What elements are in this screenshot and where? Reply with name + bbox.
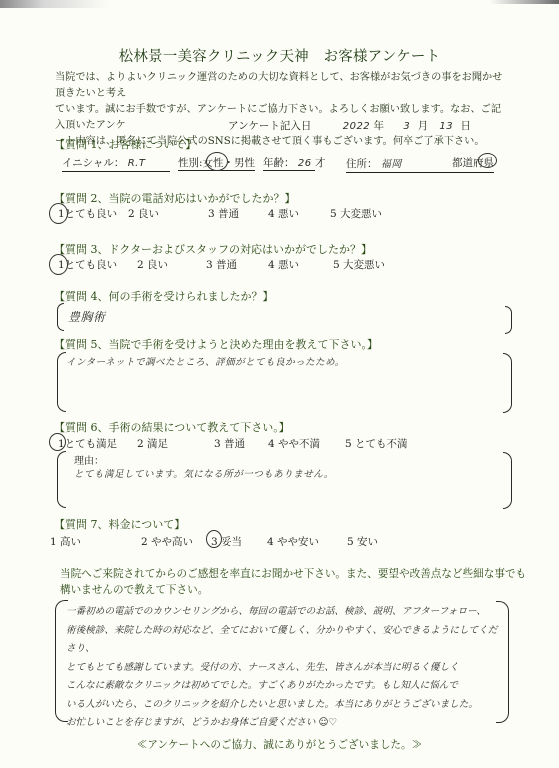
q7-heading: 【質問 7、料金について】: [54, 516, 185, 532]
intro-line: 当院では、よりよいクリニック運営のための大切な資料として、お客様がお気づきの事を…: [55, 70, 510, 102]
q6-heading: 【質問 6、手術の結果について教えて下さい。】: [54, 419, 290, 435]
q1-heading: 【質問 1、お客様について】: [54, 136, 196, 152]
selection-circle: [478, 153, 497, 168]
page-title: 松林景一美容クリニック天神 お客様アンケート: [0, 45, 559, 66]
comments-answer[interactable]: 一番初めの電話でのカウンセリングから、毎回の電話でのお話、検診、説明、アフターフ…: [66, 603, 498, 733]
q2-heading: 【質問 2、当院の電話対応はいかがでしたか？】: [54, 190, 296, 206]
footer-thanks: ≪アンケートへのご協力、誠にありがとうございました。≫: [0, 737, 559, 752]
survey-date: アンケート記入日 2022 年 3 月 13 日: [228, 118, 471, 133]
q2-option-2[interactable]: 2 良い: [128, 206, 159, 221]
scan-edge-shadow: [489, 0, 559, 4]
comment-line: こんなに素敵なクリニックは初めてでした。すごくありがたかったです。もし知人に悩ん…: [66, 677, 498, 696]
answer-bracket-left: [57, 352, 66, 412]
q3-option-3[interactable]: 3 普通: [206, 257, 237, 272]
age-field[interactable]: 年齢： 26 才: [263, 155, 325, 170]
q2-option-4[interactable]: 4 悪い: [268, 206, 299, 221]
answer-bracket-right: [505, 306, 512, 334]
q6-reason[interactable]: とても満足しています。気になる所が一つもありません。: [74, 466, 334, 480]
gender-label: 性別:: [178, 157, 203, 169]
date-month-unit: 月: [418, 120, 429, 132]
q5-heading: 【質問 5、当院で手術を受けようと決めた理由を教えて下さい。】: [54, 336, 378, 352]
q2-option-5[interactable]: 5 大変悪い: [330, 206, 382, 221]
selection-circle: [49, 254, 68, 275]
address-value: 福岡: [381, 159, 402, 170]
q3-option-5[interactable]: 5 大変悪い: [333, 257, 385, 272]
gender-option-male[interactable]: 男性: [234, 157, 255, 169]
date-month[interactable]: 3: [403, 121, 410, 132]
comments-prompt-line1: 当院へご来院されてからのご感想を率直にお聞かせ下さい。また、要望や改善点など些細…: [60, 566, 526, 581]
q7-option-5[interactable]: 5 安い: [347, 534, 378, 549]
q6-option-5[interactable]: 5 とても不満: [345, 436, 408, 451]
date-label: アンケート記入日: [228, 120, 311, 132]
comment-line: 一番初めの電話でのカウンセリングから、毎回の電話でのお話、検診、説明、アフターフ…: [66, 603, 498, 622]
date-day[interactable]: 13: [439, 121, 453, 132]
q6-option-3[interactable]: 3 普通: [214, 436, 245, 451]
selection-circle: [49, 433, 66, 451]
age-unit: 才: [315, 157, 326, 169]
initials-value: R.T: [128, 158, 146, 169]
scan-edge-shadow: [0, 0, 110, 8]
date-year-unit: 年: [374, 120, 385, 132]
answer-bracket-right: [503, 452, 512, 509]
q7-option-1[interactable]: 1 高い: [50, 534, 81, 549]
q4-answer[interactable]: 豊胸術: [68, 308, 106, 325]
selection-circle: [206, 530, 222, 548]
initials-label: イニシャル：: [62, 157, 124, 169]
q3-option-4[interactable]: 4 悪い: [268, 257, 299, 272]
selection-circle: [206, 152, 228, 171]
q4-heading: 【質問 4、何の手術を受けられましたか？】: [54, 288, 274, 304]
q6-reason-label: 理由：: [74, 452, 104, 467]
q6-option-4[interactable]: 4 やや不満: [268, 436, 320, 451]
q3-option-2[interactable]: 2 良い: [137, 257, 168, 272]
comment-line: とてもとても感謝しています。受付の方、ナースさん、先生、皆さんが本当に明るく優し…: [66, 659, 498, 678]
answer-bracket-right: [503, 353, 512, 413]
q6-option-1[interactable]: 1とても満足: [58, 436, 117, 451]
q2-option-3[interactable]: 3 普通: [208, 206, 239, 221]
age-value: 26: [298, 158, 312, 169]
address-label: 住所：: [346, 158, 378, 170]
q3-heading: 【質問 3、ドクターおよびスタッフの対応はいかがでしたか？】: [54, 241, 372, 257]
selection-circle: [49, 203, 68, 224]
comment-line: いる人がいたら、このクリニックを紹介したいと思いました。本当にありがとうございま…: [66, 696, 498, 715]
answer-bracket-left: [57, 303, 64, 331]
initials-field[interactable]: イニシャル： R.T: [62, 155, 170, 172]
comment-line: お忙しいことを存じますが、どうかお身体ご自愛ください ☺♡: [66, 714, 498, 733]
date-year[interactable]: 2022: [343, 121, 370, 132]
comment-line: 術後検診、来院した時の対応など、全てにおいて優しく、分かりやすく、安心できるよう…: [66, 622, 498, 659]
comments-prompt-line2: 構いませんので教えて下さい。: [60, 582, 208, 597]
q6-option-2[interactable]: 2 満足: [137, 436, 168, 451]
q5-answer[interactable]: インターネットで調べたところ、評価がとても良かったため。: [66, 354, 345, 368]
answer-bracket-left: [57, 451, 66, 508]
address-field[interactable]: 住所： 福岡 都道府県: [346, 155, 494, 173]
q7-option-2[interactable]: 2 やや高い: [141, 534, 193, 549]
q7-option-4[interactable]: 4 やや安い: [267, 534, 319, 549]
age-label: 年齢：: [263, 157, 295, 169]
date-day-unit: 日: [461, 120, 472, 132]
